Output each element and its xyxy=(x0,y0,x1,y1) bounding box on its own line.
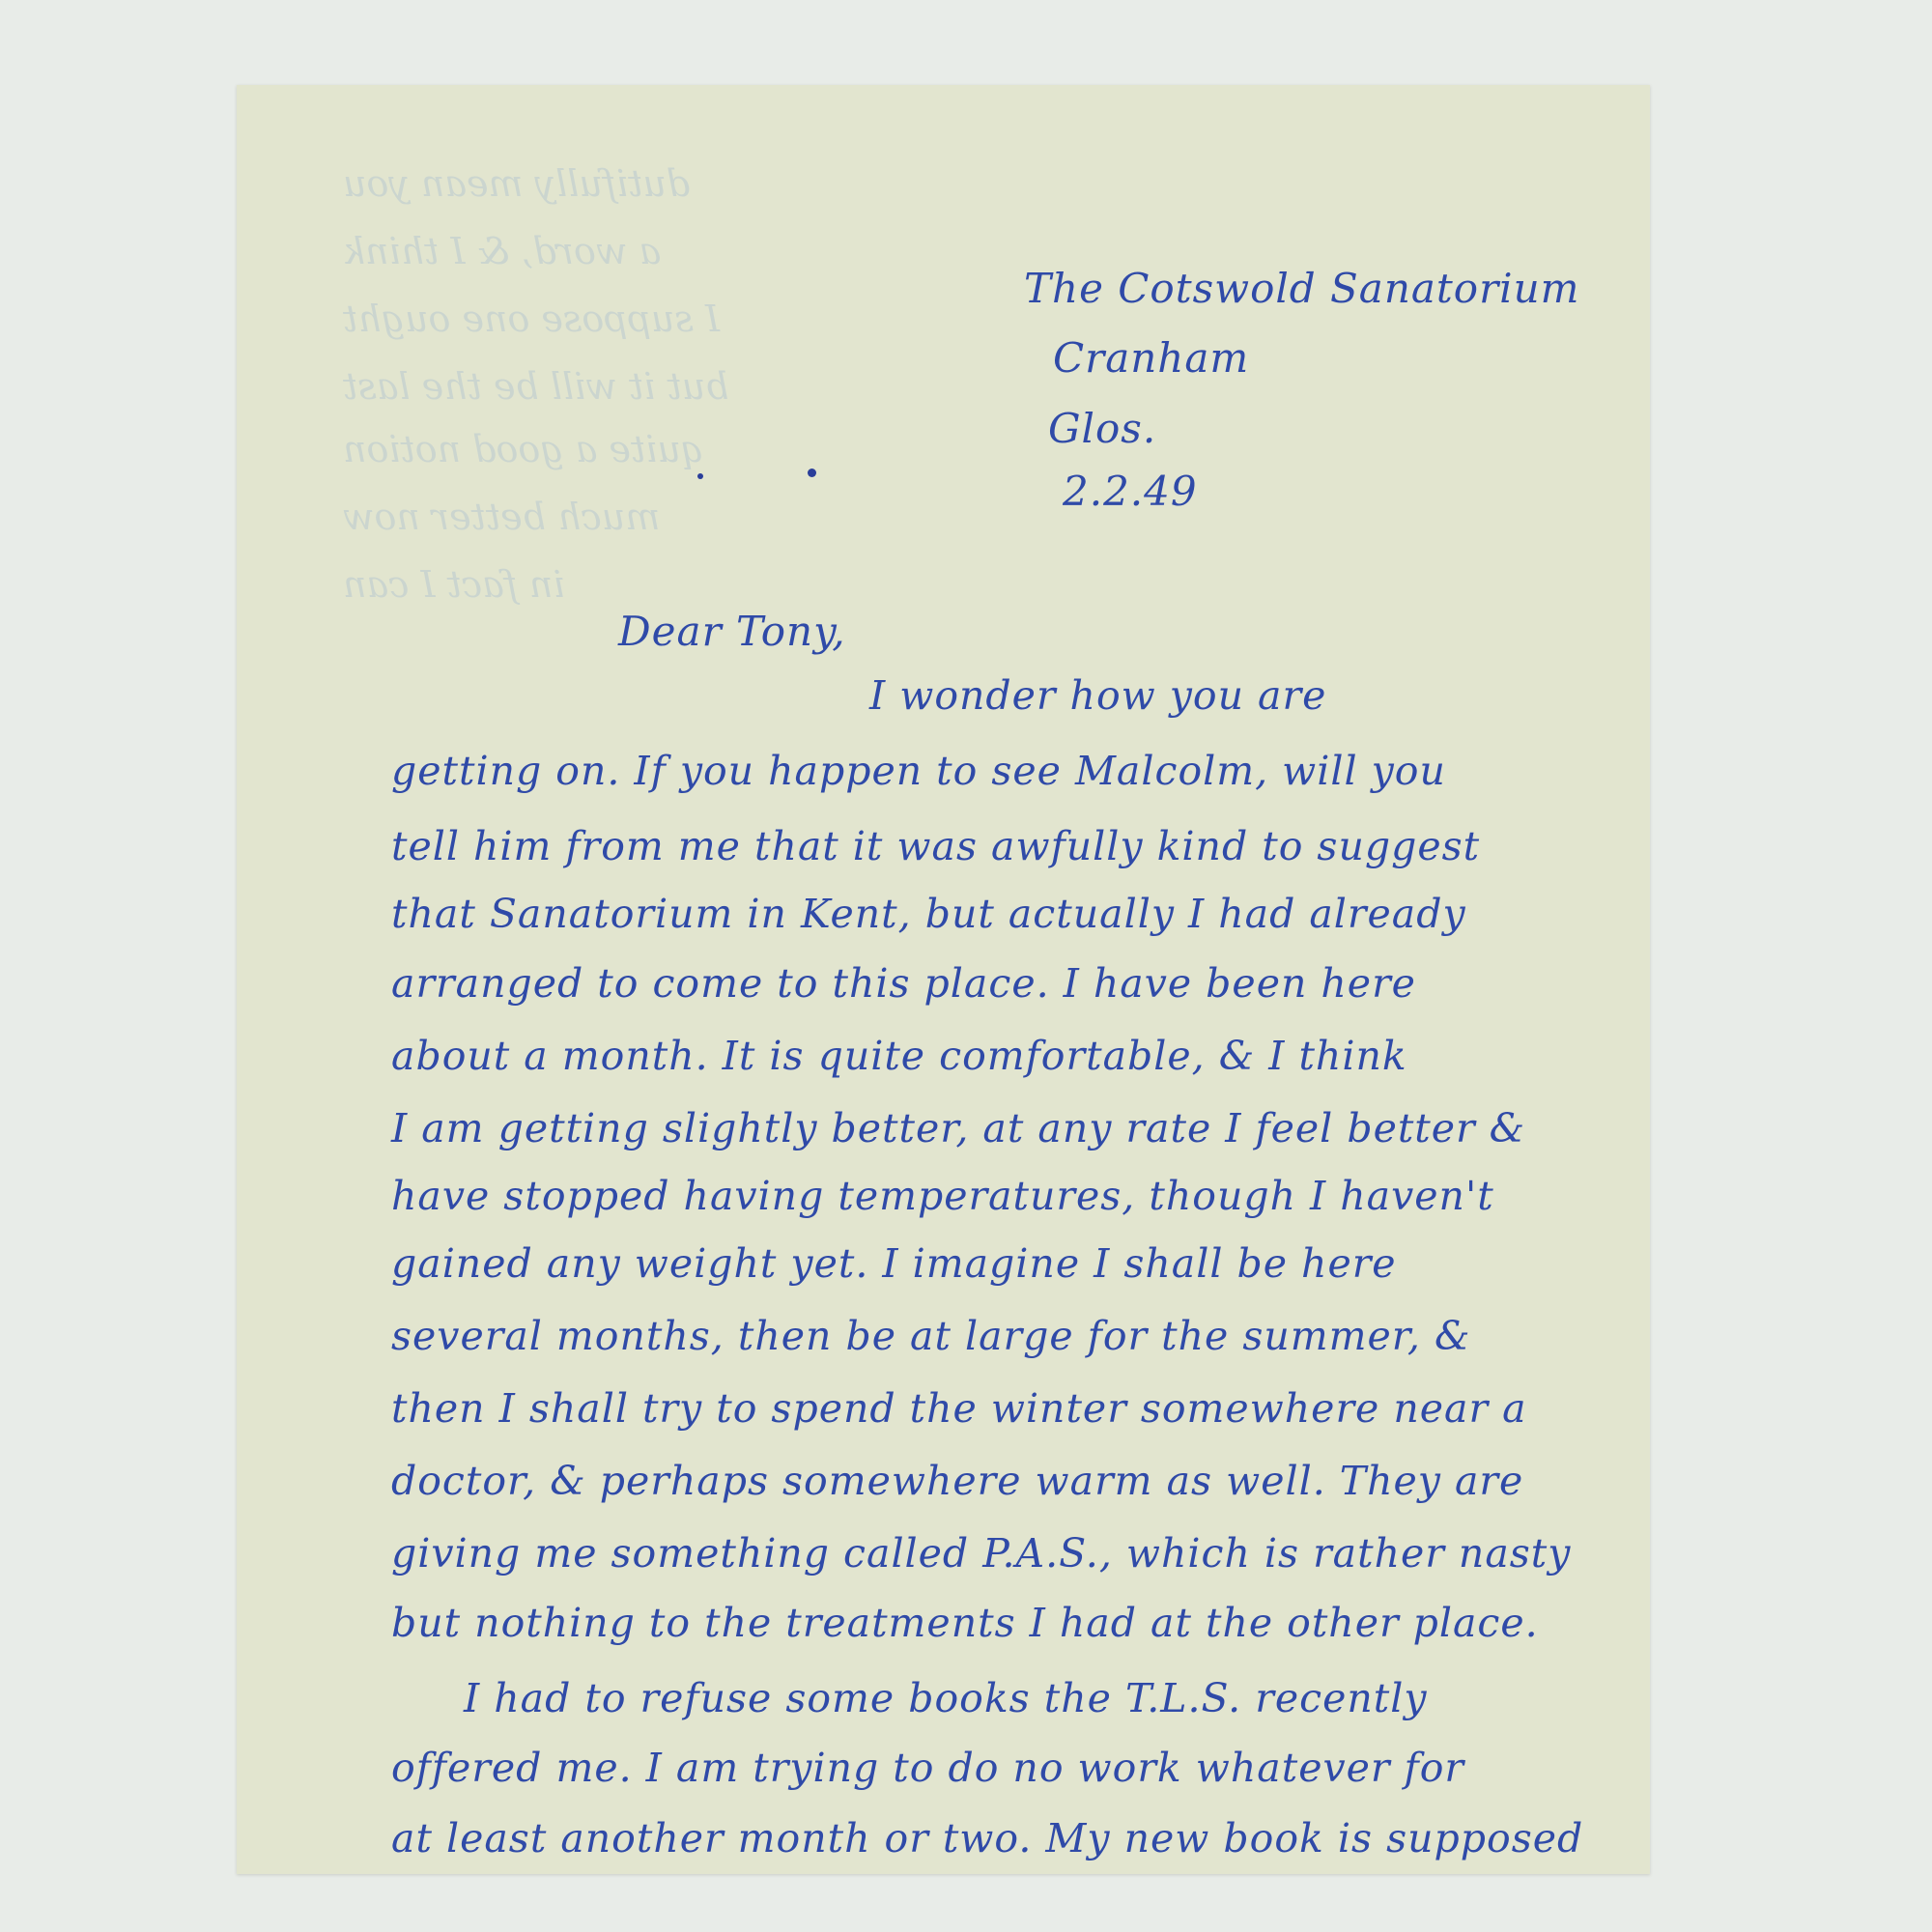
ink-dot xyxy=(697,473,703,479)
body-line: several months, then be at large for the… xyxy=(391,1317,1470,1356)
body-line: that Sanatorium in Kent, but actually I … xyxy=(391,895,1466,934)
body-line: tell him from me that it was awfully kin… xyxy=(391,827,1480,867)
address-line-2: Cranham xyxy=(1053,338,1249,379)
letter-page: dutifully mean you a word, & I think I s… xyxy=(237,85,1650,1874)
body-line: arranged to come to this place. I have b… xyxy=(391,964,1416,1004)
show-through-text: I suppose one ought xyxy=(343,298,720,340)
body-line: giving me something called P.A.S., which… xyxy=(391,1534,1571,1574)
address-line-1: The Cotswold Sanatorium xyxy=(1024,269,1579,309)
letter-date: 2.2.49 xyxy=(1063,471,1198,512)
body-line: then I shall try to spend the winter som… xyxy=(391,1389,1527,1429)
body-line: have stopped having temperatures, though… xyxy=(391,1177,1494,1216)
show-through-text: but it will be the last xyxy=(343,365,729,408)
body-line: I wonder how you are xyxy=(869,676,1326,716)
show-through-text: a word, & I think xyxy=(343,230,661,272)
show-through-text: in fact I can xyxy=(343,563,565,606)
body-line: at least another month or two. My new bo… xyxy=(391,1819,1583,1859)
show-through-text: quite a good notion xyxy=(343,428,704,470)
show-through-text: much better now xyxy=(343,496,660,538)
body-line: offered me. I am trying to do no work wh… xyxy=(391,1748,1464,1788)
ink-dot xyxy=(808,469,816,477)
address-line-3: Glos. xyxy=(1048,409,1156,449)
body-line: doctor, & perhaps somewhere warm as well… xyxy=(391,1462,1523,1501)
body-line: I am getting slightly better, at any rat… xyxy=(391,1109,1525,1149)
body-line: but nothing to the treatments I had at t… xyxy=(391,1604,1539,1643)
salutation: Dear Tony, xyxy=(618,611,846,652)
body-line: about a month. It is quite comfortable, … xyxy=(391,1037,1407,1076)
show-through-text: dutifully mean you xyxy=(343,162,690,205)
body-line: gained any weight yet. I imagine I shall… xyxy=(391,1244,1397,1284)
body-line: I had to refuse some books the T.L.S. re… xyxy=(464,1679,1428,1719)
body-line: getting on. If you happen to see Malcolm… xyxy=(391,752,1446,791)
